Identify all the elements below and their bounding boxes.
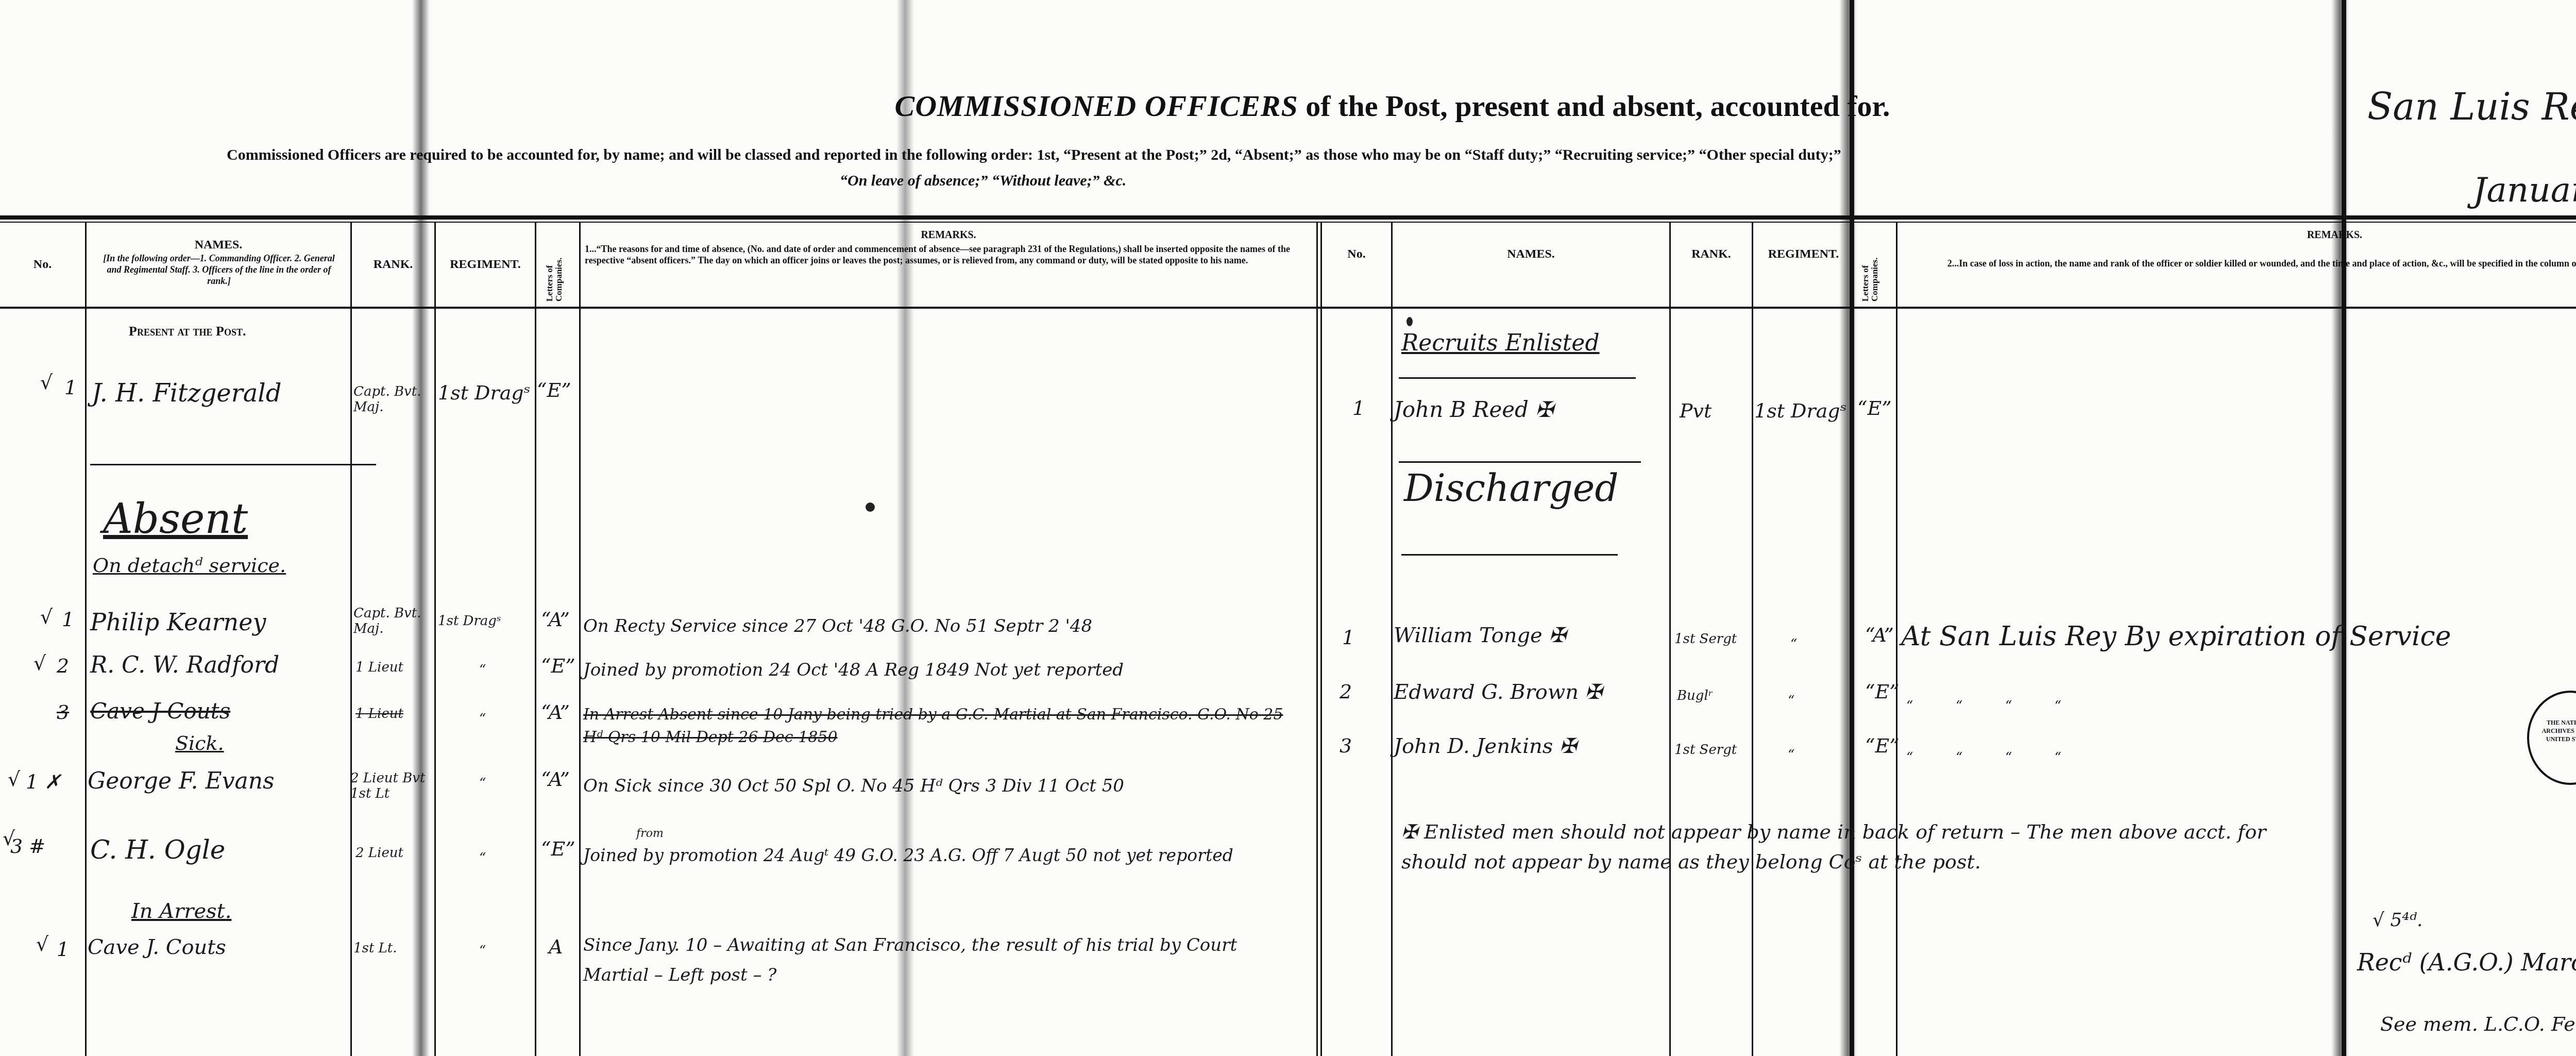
row-company: “E”	[541, 837, 575, 860]
discharged-rank: 1st Sergt	[1674, 631, 1737, 647]
col-rule	[535, 222, 536, 1056]
row-number: 3 #	[10, 835, 45, 858]
header-remarks-note-right: 2...In case of loss in action, the name …	[1901, 258, 2576, 269]
row-company: A	[549, 935, 563, 958]
discharged-company: “E”	[1865, 680, 1900, 703]
row-remarks: Joined by promotion 24 Oct '48 A Reg 184…	[583, 660, 1124, 680]
row-rank: 1 Lieut	[355, 660, 403, 675]
return-date: January, 1851.	[2473, 170, 2576, 210]
row-remarks: On Sick since 30 Oct 50 Spl O. No 45 Hᵈ …	[583, 776, 1124, 796]
discharged-company: “A”	[1865, 624, 1894, 646]
row-name: R. C. W. Radford	[90, 652, 279, 678]
discharged-number: 3	[1340, 734, 1352, 757]
col-rule	[434, 222, 436, 1056]
national-archives-seal: THE NATIONAL ARCHIVES OF THE UNITED STAT…	[2527, 691, 2576, 785]
title-caps: COMMISSIONED OFFICERS	[894, 89, 1298, 123]
header-regiment-right: REGIMENT.	[1753, 247, 1854, 261]
section-recruits-enlisted: Recruits Enlisted	[1401, 330, 1600, 356]
row-check: √	[36, 933, 48, 956]
row-rank: Capt. Bvt. Maj.	[353, 606, 431, 636]
header-remarks: REMARKS.	[581, 229, 1316, 241]
header-bottom-rule	[0, 307, 2576, 309]
subtitle-instructions-cont: “On leave of absence;” “Without leave;” …	[840, 172, 1126, 190]
row-regiment: “	[479, 711, 486, 727]
row-remarks: In Arrest Absent since 10 Jany being tri…	[583, 703, 1294, 749]
row-check: √	[40, 371, 53, 394]
row-number: 1 ✗	[26, 770, 61, 793]
recruit-rank: Pvt	[1680, 399, 1711, 422]
row-rank: 1 Lieut	[355, 706, 403, 722]
row-remarks: On Recty Service since 27 Oct '48 G.O. N…	[583, 616, 1092, 636]
row-company: “A”	[541, 701, 570, 724]
discharged-rank: 1st Sergt	[1674, 742, 1737, 758]
row-company: “A”	[541, 768, 570, 791]
row-name: George F. Evans	[88, 768, 275, 794]
row-company: “E”	[537, 379, 571, 401]
row-remarks-insert: from	[636, 827, 664, 840]
col-rule	[1752, 222, 1753, 1056]
row-name: J. H. Fitzgerald	[92, 379, 281, 408]
section-sick: Sick.	[175, 732, 224, 755]
see-memo-note: See mem. L.C.O. Feb. 27.	[2380, 1013, 2576, 1035]
row-regiment: “	[479, 662, 486, 678]
discharged-regiment: “	[1790, 636, 1797, 652]
header-remarks-note: 1...“The reasons for and time of absence…	[585, 243, 1306, 266]
row-name: Cave J Couts	[90, 698, 230, 724]
row-regiment: “	[479, 850, 486, 866]
ink-blot	[866, 502, 875, 512]
title-rest: of the Post, present and absent, account…	[1306, 89, 1890, 123]
row-company: “A”	[541, 608, 570, 631]
header-no: No.	[0, 258, 85, 272]
discharged-regiment: “	[1788, 693, 1794, 709]
fold-line	[1850, 0, 1854, 1056]
row-separator	[90, 464, 376, 465]
row-remarks: Since Jany. 10 – Awaiting at San Francis…	[583, 930, 1299, 990]
discharged-name: Edward G. Brown ✠	[1394, 680, 1602, 704]
header-no-right: No.	[1322, 247, 1391, 261]
recruit-regiment: 1st Dragˢ	[1754, 399, 1846, 422]
header-rank: RANK.	[352, 258, 434, 272]
row-number: 1	[64, 376, 77, 399]
received-check-mark: √ 5⁴ᵈ.	[2372, 910, 2423, 931]
row-check: √	[33, 652, 46, 675]
section-absent: Absent	[103, 495, 248, 543]
section-detached-service: On detachᵈ service.	[93, 554, 286, 577]
row-name: Philip Kearney	[90, 608, 266, 636]
col-rule	[350, 222, 352, 1056]
recruit-company: “E”	[1857, 397, 1892, 420]
header-remarks-right: REMARKS.	[1897, 229, 2576, 241]
row-number: 2	[57, 655, 69, 677]
header-letters-of-companies-right: Letters of Companies.	[1861, 229, 1879, 301]
discharged-name: John D. Jenkins ✠	[1394, 734, 1577, 758]
discharged-number: 2	[1340, 680, 1352, 703]
header-regiment: REGIMENT.	[436, 258, 535, 272]
discharged-name: William Tonge ✠	[1394, 624, 1566, 647]
discharged-remarks: “ “ “ “	[1906, 698, 2061, 714]
header-names-right: NAMES.	[1393, 247, 1669, 261]
col-rule	[579, 222, 581, 1056]
row-remarks: Joined by promotion 24 Augᵗ 49 G.O. 23 A…	[583, 845, 1233, 865]
col-rule	[85, 222, 87, 1056]
discharged-remarks: “ “ “ “	[1906, 750, 2061, 765]
post-location: San Luis Rey, Calᵃ.	[2367, 85, 2576, 128]
section-discharged: Discharged	[1404, 466, 1619, 510]
header-letters-of-companies: Letters of Companies.	[545, 229, 564, 301]
row-name: C. H. Ogle	[90, 835, 225, 865]
discharged-remarks: At San Luis Rey By expiration of Service	[1901, 621, 2451, 652]
section-rule	[1399, 377, 1636, 379]
row-regiment: 1st Dragˢ	[438, 381, 530, 404]
section-present-at-post: Present at the Post.	[129, 324, 246, 339]
discharged-rank: Buglʳ	[1677, 688, 1713, 703]
seal-text: THE NATIONAL ARCHIVES OF THE UNITED STAT…	[2533, 718, 2576, 743]
row-regiment: 1st Dragˢ	[438, 613, 501, 629]
table-top-rule-thin	[0, 222, 2576, 223]
col-rule	[1391, 222, 1393, 1056]
section-rule	[1399, 461, 1641, 463]
col-rule	[1669, 222, 1671, 1056]
discharged-company: “E”	[1865, 734, 1900, 757]
recruit-number: 1	[1352, 397, 1365, 420]
discharged-number: 1	[1342, 626, 1354, 649]
row-number: 1	[62, 608, 74, 631]
row-rank: 2 Lieut Bvt 1st Lt	[350, 770, 428, 801]
row-company: “E”	[541, 655, 575, 677]
header-names-note: [In the following order—1. Commanding Of…	[98, 253, 340, 287]
row-regiment: “	[479, 943, 486, 959]
row-rank: Capt. Bvt. Maj.	[353, 384, 431, 415]
table-top-rule	[0, 215, 2576, 220]
header-names: NAMES.	[87, 238, 350, 252]
col-rule	[1320, 222, 1322, 1056]
enlisted-men-footnote: ✠ Enlisted men should not appear by name…	[1401, 817, 2318, 877]
row-name: Cave J. Couts	[88, 935, 226, 959]
row-rank: 1st Lt.	[353, 941, 397, 956]
section-rule	[1401, 554, 1618, 556]
row-number: 3	[57, 701, 69, 724]
col-rule	[1316, 222, 1318, 1056]
row-regiment: “	[479, 776, 486, 791]
section-in-arrest: In Arrest.	[131, 899, 231, 923]
header-rank-right: RANK.	[1671, 247, 1752, 261]
recruit-name: John B Reed ✠	[1394, 397, 1554, 422]
received-stamp: Recᵈ (A.G.O.) March 10, 1851.	[2357, 948, 2576, 976]
page-title: COMMISSIONED OFFICERS of the Post, prese…	[0, 89, 2576, 123]
fold-line	[2342, 0, 2346, 1056]
row-check: √	[8, 768, 20, 791]
col-rule	[1896, 222, 1897, 1056]
discharged-regiment: “	[1788, 747, 1794, 763]
row-rank: 2 Lieut	[355, 845, 403, 861]
subtitle-instructions: Commissioned Officers are required to be…	[227, 146, 1841, 164]
row-check: √	[40, 606, 53, 628]
ink-blot	[1406, 317, 1413, 326]
row-number: 1	[57, 938, 69, 961]
